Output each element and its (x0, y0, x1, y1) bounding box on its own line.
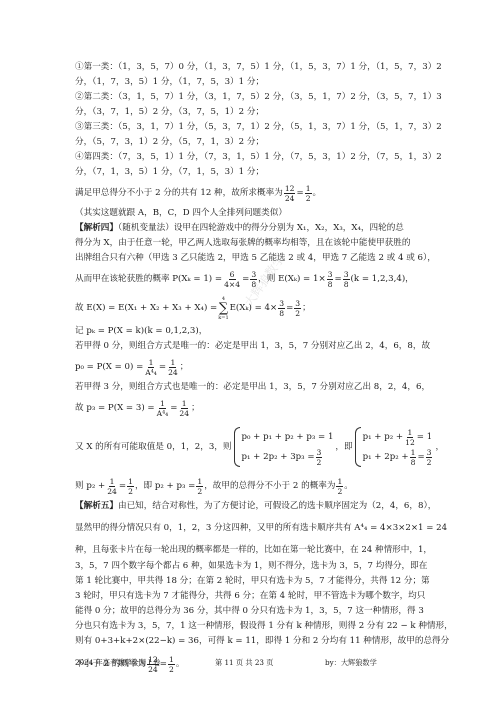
equation-system-line: 又 X 的所有可能取值是 0，1，2，3，则 p₀ + p₁ + p₂ + p₃… (75, 421, 427, 473)
section-tag: 【解析四】 (75, 223, 118, 233)
text-line: 显然甲的得分情况只有 0，1，2，3 分这四种，又甲的所有选卡顺序共有 A⁴₄ … (75, 521, 427, 543)
text-line: 3 轮时，甲只有选卡为 7 才能得分，共得 6 分；在第 4 轮时，甲不管选卡为… (75, 589, 427, 604)
text-line: 分，（3，7，1，5）2 分，（3，7，5，1）2 分； (75, 105, 427, 120)
text-line: 则有 0+3+k+2×(22−k) = 36，可得 k = 11，即得 1 分和… (75, 634, 427, 649)
section-heading-analysis-5: 【解析五】由已知，结合对称性，为了方便讨论，可假设乙的选卡顺序固定为（2，4，6… (75, 499, 427, 521)
section-tag: 【解析五】 (75, 501, 118, 511)
footer-author: by：大辉狼数学 (325, 658, 377, 668)
text-line: （其实这题就跟 A，B，C，D 四个人全排列问题类似） (75, 206, 427, 221)
text-line: ③第三类：（5，3，1，7）1 分，（5，3，7，1）2 分，（5，1，3，7）… (75, 120, 427, 135)
text-line: ②第二类：（3，1，5，7）1 分，（3，1，7，5）2 分，（3，5，1，7）… (75, 90, 427, 105)
text-line: 出牌组合只有六种（甲选 3 乙只能选 2，甲选 5 乙能选 2 或 4，甲选 7… (75, 251, 427, 266)
text-line: 分，（7，1，3，5）1 分，（7，1，5，3）1 分； (75, 165, 427, 180)
formula-line: 则 p₂ + 124 = 12 ，即 p₂ + p₃ = 12 ，故甲的总得分不… (75, 473, 427, 499)
formula-line: 故 p₃ = P(X = 3) = 1A⁴₄ = 124 ； (75, 395, 427, 421)
text-line: 种，且每张卡片在每一轮出现的概率都是一样的，比如在第一轮比赛中，在 24 种情形… (75, 543, 427, 559)
fraction: 1224 (284, 184, 296, 203)
text-line: 得分为 X，由于任意一轮，甲乙两人选取每张牌的概率均相等，且在该轮中能使甲获胜的 (75, 236, 427, 251)
text-line: 若甲得 0 分，则组合方式是唯一的：必定是甲出 1，3，5，7 分别对应乙出 2… (75, 339, 427, 354)
text-line: ④第四类：（7，3，5，1）1 分，（7，3，1，5）1 分，（7，5，3，1）… (75, 150, 427, 165)
text-line: 记 pₖ = P(X = k)(k = 0,1,2,3)， (75, 324, 427, 339)
formula-line: 故 E(X) = E(X₁ + X₂ + X₃ + X₄) = 4∑k=1 E(… (75, 292, 427, 324)
text-line: 第 1 轮比赛中，甲共得 18 分；在第 2 轮时，甲只有选卡为 5，7 才能得… (75, 574, 427, 589)
equation-system: p₀ + p₁ + p₂ + p₃ = 1 p₁ + 2p₂ + 3p₃ =32 (234, 427, 334, 467)
text-line: 分也只有选卡为 3，5，7，1 这一种情形，假设得 1 分有 k 种情形，则得 … (75, 619, 427, 634)
footer-page-number: 第 11 页 共 23 页 (215, 658, 325, 668)
footer-exam-title: 2024 年高考数学全国 I 卷 (75, 658, 215, 668)
section-heading-analysis-4: 【解析四】（随机变量法）设甲在四轮游戏中的得分分别为 X₁，X₂，X₃，X₄，四… (75, 221, 427, 236)
summation-symbol: 4∑k=1 (218, 296, 228, 321)
document-body: ①第一类：（1，3，5，7）0 分，（1，3，7，5）1 分，（1，5，3，7）… (75, 60, 427, 679)
text-line: 能得 0 分；故甲的总得分为 36 分，其中得 0 分只有选卡为 1，3，5，7… (75, 604, 427, 619)
equation-system: p₁ + p₂ +112= 1 p₁ + 2p₂ +18=32 (355, 427, 434, 467)
formula-line: 从而甲在该轮获胜的概率 P(Xₖ = 1) = 64×4 = 38 ，则 E(X… (75, 266, 427, 292)
formula-line: p₀ = P(X = 0) = 1A⁴₄ = 124 ； (75, 354, 427, 380)
page-footer: 2024 年高考数学全国 I 卷 第 11 页 共 23 页 by：大辉狼数学 (75, 658, 405, 668)
text-line: 若甲得 3 分，则组合方式也是唯一的：必定是甲出 1，3，5，7 分别对应乙出 … (75, 380, 427, 395)
text-line: 3，5，7 四个数字每个都占 6 种，如果选卡为 1，则不得分，选卡为 3，5，… (75, 559, 427, 574)
text-line: 分，（1，7，3，5）1 分，（1，7，5，3）1 分； (75, 75, 427, 90)
fraction: 12 (305, 184, 312, 203)
probability-conclusion: 满足甲总得分不小于 2 分的共有 12 种，故所求概率为 1224 = 12 。 (75, 180, 427, 206)
text-line: ①第一类：（1，3，5，7）0 分，（1，3，7，5）1 分，（1，5，3，7）… (75, 60, 427, 75)
text-line: 分，（5，7，3，1）2 分，（5，7，1，3）2 分； (75, 135, 427, 150)
